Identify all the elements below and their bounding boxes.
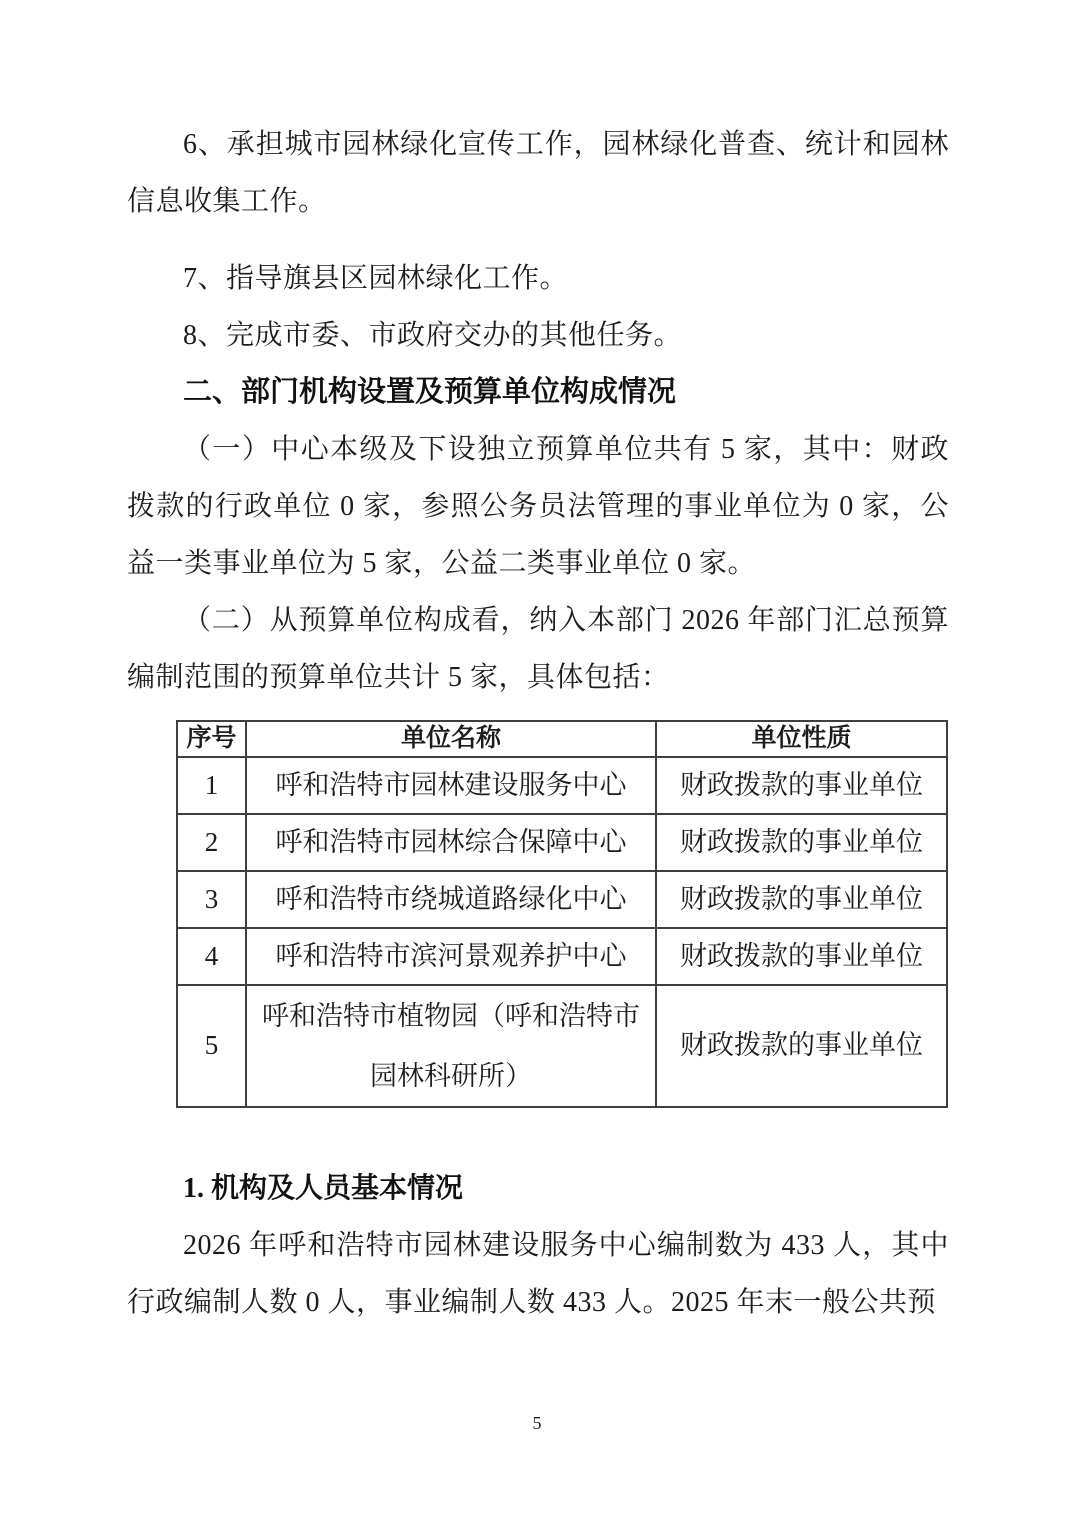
paragraph-duty-6: 6、承担城市园林绿化宣传工作，园林绿化普查、统计和园林信息收集工作。 [127, 116, 949, 230]
cell-unit-type: 财政拨款的事业单位 [656, 871, 947, 928]
document-page: 6、承担城市园林绿化宣传工作，园林绿化普查、统计和园林信息收集工作。 7、指导旗… [0, 0, 1074, 1520]
table-header-unit-type: 单位性质 [656, 721, 947, 757]
cell-unit-type: 财政拨款的事业单位 [656, 757, 947, 814]
cell-unit-name: 呼和浩特市绕城道路绿化中心 [246, 871, 656, 928]
cell-unit-name: 呼和浩特市植物园（呼和浩特市园林科研所） [246, 985, 656, 1107]
cell-index: 3 [177, 871, 246, 928]
cell-index: 1 [177, 757, 246, 814]
table-row: 4 呼和浩特市滨河景观养护中心 财政拨款的事业单位 [177, 928, 947, 985]
budget-units-table: 序号 单位名称 单位性质 1 呼和浩特市园林建设服务中心 财政拨款的事业单位 2… [176, 720, 948, 1108]
paragraph-item-2: （二）从预算单位构成看，纳入本部门 2026 年部门汇总预算编制范围的预算单位共… [127, 592, 949, 706]
cell-unit-type: 财政拨款的事业单位 [656, 985, 947, 1107]
cell-unit-name: 呼和浩特市园林建设服务中心 [246, 757, 656, 814]
paragraph-staffing: 2026 年呼和浩特市园林建设服务中心编制数为 433 人，其中行政编制人数 0… [127, 1217, 949, 1331]
table-row: 5 呼和浩特市植物园（呼和浩特市园林科研所） 财政拨款的事业单位 [177, 985, 947, 1107]
table-row: 2 呼和浩特市园林综合保障中心 财政拨款的事业单位 [177, 814, 947, 871]
table-header-unit-name: 单位名称 [246, 721, 656, 757]
cell-unit-type: 财政拨款的事业单位 [656, 814, 947, 871]
cell-unit-type: 财政拨款的事业单位 [656, 928, 947, 985]
cell-index: 4 [177, 928, 246, 985]
paragraph-duty-8: 8、完成市委、市政府交办的其他任务。 [127, 307, 949, 364]
section-heading-org-setup: 二、部门机构设置及预算单位构成情况 [127, 364, 949, 421]
cell-unit-name: 呼和浩特市园林综合保障中心 [246, 814, 656, 871]
table-header-index: 序号 [177, 721, 246, 757]
cell-unit-name: 呼和浩特市滨河景观养护中心 [246, 928, 656, 985]
document-content: 6、承担城市园林绿化宣传工作，园林绿化普查、统计和园林信息收集工作。 7、指导旗… [127, 116, 949, 1331]
table-header-row: 序号 单位名称 单位性质 [177, 721, 947, 757]
subsection-heading-staffing: 1. 机构及人员基本情况 [127, 1160, 949, 1217]
paragraph-item-1: （一）中心本级及下设独立预算单位共有 5 家，其中：财政拨款的行政单位 0 家，… [127, 421, 949, 592]
cell-index: 2 [177, 814, 246, 871]
paragraph-duty-7: 7、指导旗县区园林绿化工作。 [127, 250, 949, 307]
table-row: 3 呼和浩特市绕城道路绿化中心 财政拨款的事业单位 [177, 871, 947, 928]
page-number: 5 [0, 1413, 1074, 1434]
table-row: 1 呼和浩特市园林建设服务中心 财政拨款的事业单位 [177, 757, 947, 814]
cell-index: 5 [177, 985, 246, 1107]
